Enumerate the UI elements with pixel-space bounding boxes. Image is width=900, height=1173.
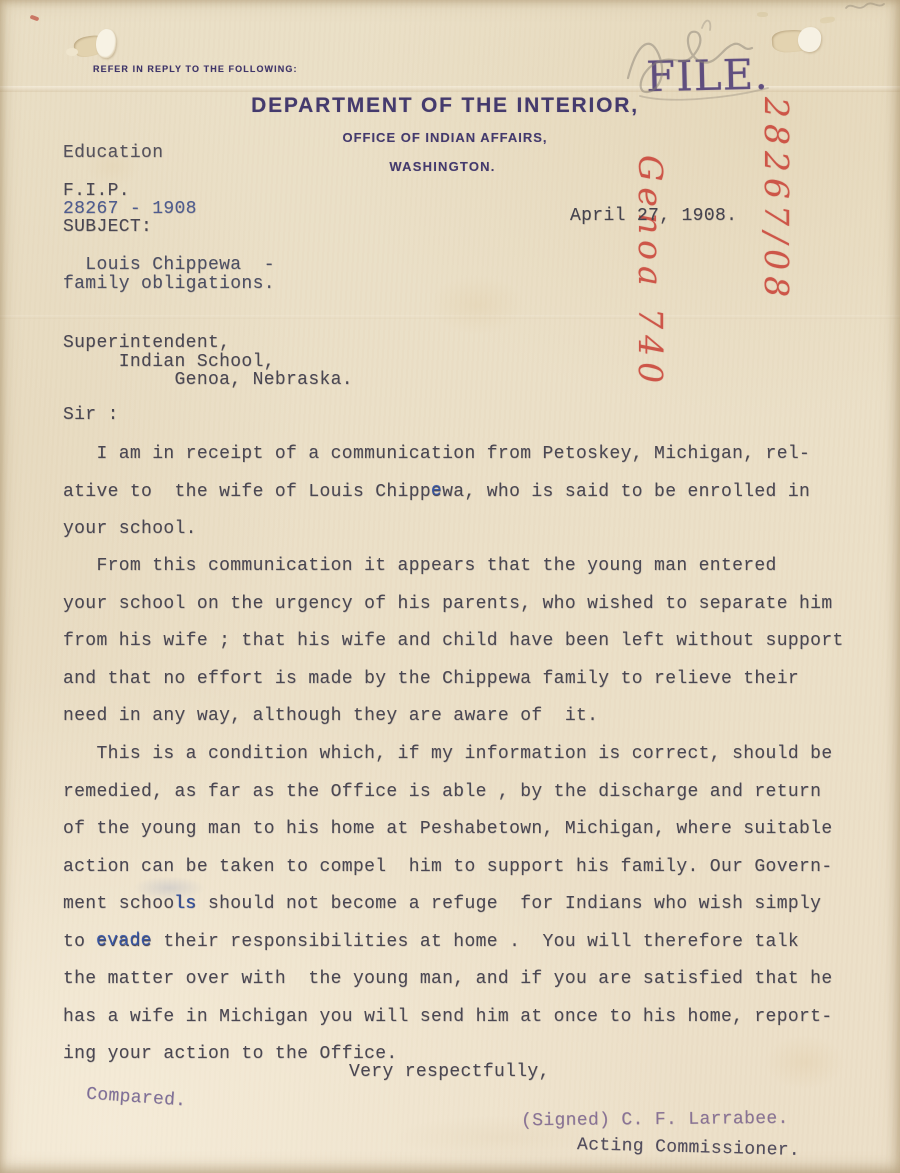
red-filing-notation: 28267/08 Genoa 740 (795, 97, 881, 397)
overstrike-correction-ls: ls (174, 886, 196, 924)
paper-stain (430, 275, 525, 335)
overstrike-correction-e: e (431, 473, 442, 511)
subject-label: SUBJECT: (63, 218, 152, 237)
paper-tear-top-left (73, 33, 110, 59)
salutation: Sir : (63, 405, 119, 425)
red-ink-speck (30, 15, 40, 22)
paper-fleck (757, 12, 768, 17)
refer-in-reply-line: REFER IN REPLY TO THE FOLLOWING: (93, 64, 298, 74)
valediction: Very respectfully, (349, 1062, 550, 1082)
file-stamp: FILE. (646, 50, 770, 102)
compared-note: Compared. (85, 1085, 187, 1112)
address-block: Superintendent, Indian School, Genoa, Ne… (63, 334, 353, 390)
paper-fleck (820, 16, 836, 24)
red-notation-number: 28267/08 (755, 97, 797, 397)
red-notation-genoa: Genoa 740 (629, 97, 671, 397)
paper-tear-top-left (66, 48, 78, 56)
signer-title: Acting Commissioner. (577, 1135, 800, 1161)
overstrike-correction-evade: evade (96, 923, 152, 961)
paper-tear-top-right (797, 26, 822, 53)
paper-tear-top-right (771, 29, 814, 54)
file-number: 28267 - 1908 (63, 200, 197, 219)
paragraph-2: From this communication it appears that … (63, 548, 844, 736)
letter-page: REFER IN REPLY TO THE FOLLOWING: DEPARTM… (0, 0, 900, 1173)
subject-text: Louis Chippewa - family obligations. (63, 256, 275, 293)
paper-tear-top-left (94, 28, 118, 60)
file-fip: F.I.P. (63, 182, 130, 201)
date-line: April 27, 1908. (570, 206, 737, 226)
classification-education: Education (63, 144, 163, 163)
signature-line: (Signed) C. F. Larrabee. (521, 1109, 789, 1131)
